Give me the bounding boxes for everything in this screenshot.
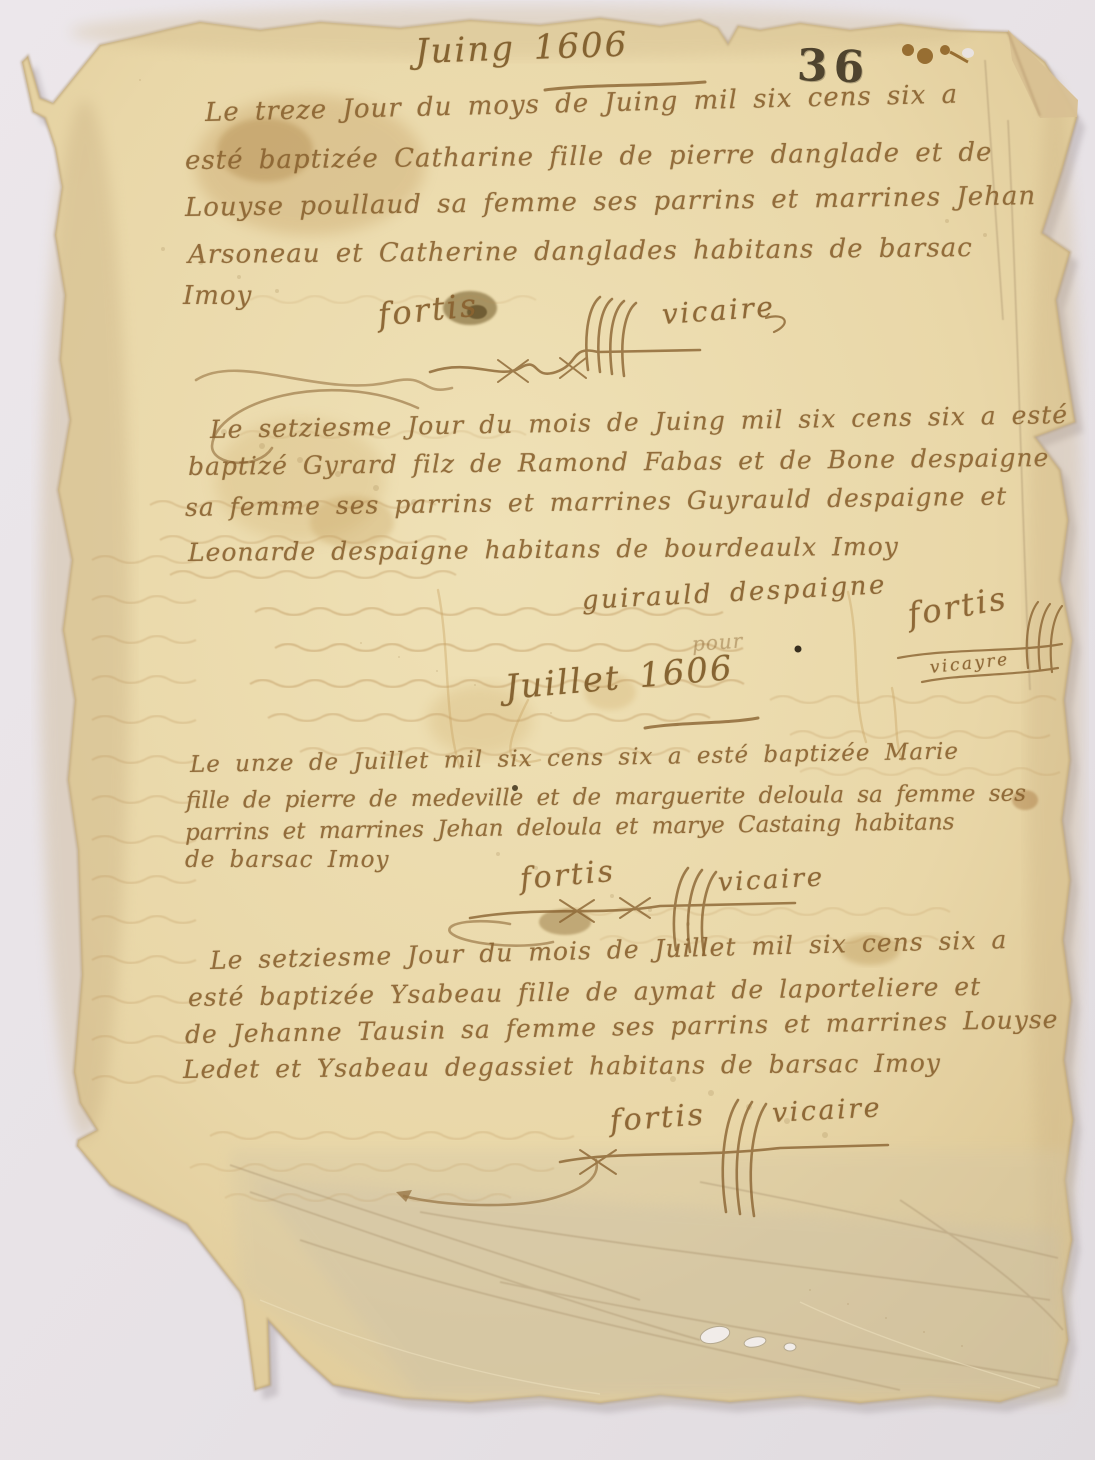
month-heading-june: Juing 1606: [414, 25, 629, 72]
manuscript-photograph: Juing 1606 36 Le treze Jour du moys de J…: [0, 0, 1095, 1460]
parchment-artwork: [0, 0, 1095, 1460]
priest-signature-name: fortis: [609, 1097, 707, 1139]
entry-line: Leonarde despaigne habitans de bourdeaul…: [188, 532, 899, 567]
priest-signature-title: vicaire: [717, 862, 825, 898]
entry-line: de barsac Imoy: [185, 847, 390, 873]
priest-signature-title: vicaire: [771, 1092, 883, 1129]
entry-line: Imoy: [183, 281, 252, 311]
